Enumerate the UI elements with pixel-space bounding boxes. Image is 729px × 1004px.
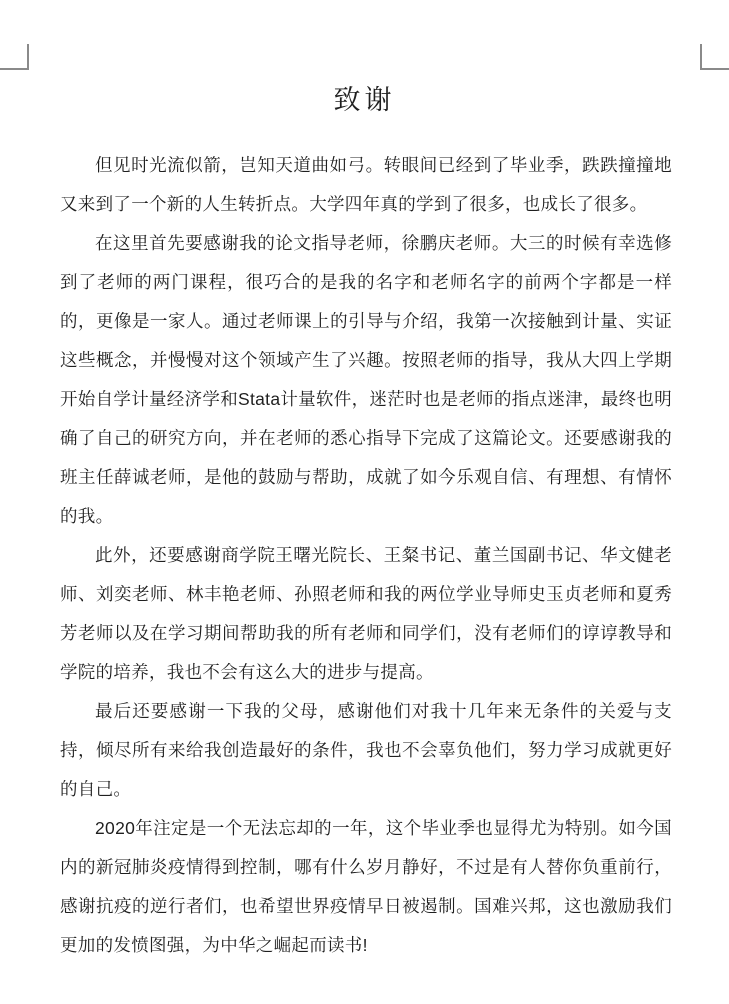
acknowledgements-title: 致谢 — [0, 78, 729, 117]
corner-crop-mark-top-right-icon — [700, 44, 729, 70]
document-body: 但见时光流似箭，岂知天道曲如弓。转眼间已经到了毕业季，跌跌撞撞地又来到了一个新的… — [60, 146, 672, 965]
body-paragraph: 最后还要感谢一下我的父母，感谢他们对我十几年来无条件的关爱与支持，倾尽所有来给我… — [60, 692, 672, 809]
corner-crop-mark-top-left-icon — [0, 44, 29, 70]
body-paragraph: 但见时光流似箭，岂知天道曲如弓。转眼间已经到了毕业季，跌跌撞撞地又来到了一个新的… — [60, 146, 672, 224]
body-paragraph: 2020年注定是一个无法忘却的一年，这个毕业季也显得尤为特别。如今国内的新冠肺炎… — [60, 809, 672, 965]
document-page: 致谢 但见时光流似箭，岂知天道曲如弓。转眼间已经到了毕业季，跌跌撞撞地又来到了一… — [0, 0, 729, 1004]
body-paragraph: 此外，还要感谢商学院王曙光院长、王粲书记、董兰国副书记、华文健老师、刘奕老师、林… — [60, 536, 672, 692]
body-paragraph: 在这里首先要感谢我的论文指导老师，徐鹏庆老师。大三的时候有幸选修到了老师的两门课… — [60, 224, 672, 536]
